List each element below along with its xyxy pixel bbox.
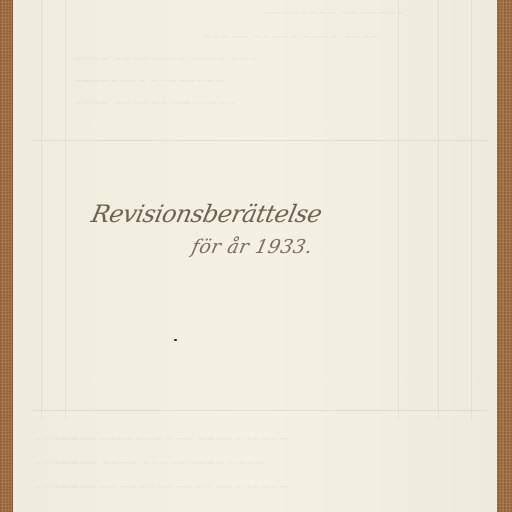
ink-dot xyxy=(174,339,177,341)
bleed-through-text: ~~~~~~~~ ~~~~~~~~ xyxy=(73,74,224,87)
bleed-through-text: ~~~~ ~~~~~~ ~~~~~~~ xyxy=(73,96,237,109)
column-rule xyxy=(398,0,399,420)
column-rule xyxy=(41,0,42,420)
bleed-through-text: ~~~~~~~~ ~~~~~~~ xyxy=(263,6,405,19)
row-rule xyxy=(33,410,487,411)
column-rule xyxy=(438,0,439,420)
bleed-through-text: ~~~~~~~~~ ~~~~~~~~~~ ~~~~~~~~ xyxy=(33,480,289,493)
column-rule xyxy=(65,0,66,420)
bleed-through-text: ~~~~~ ~~~~~ ~~~~ ~~~~ xyxy=(203,30,379,43)
bleed-through-text: ~~~~~~~~~~~~~~ ~~~ ~~~~~~~~~~ xyxy=(33,432,289,445)
column-rule xyxy=(471,0,472,420)
bleed-through-text: ~~~~~~~ ~~~~ ~~~~~~~~~ ~~~~ xyxy=(33,456,265,469)
handwritten-title: Revisionsberättelse xyxy=(89,200,324,228)
row-rule xyxy=(33,140,487,141)
handwritten-subtitle-year: för år 1933. xyxy=(190,236,315,258)
bleed-through-text: ~~~~ ~~~~~~~~ ~~~~ ~~~ xyxy=(73,52,259,65)
